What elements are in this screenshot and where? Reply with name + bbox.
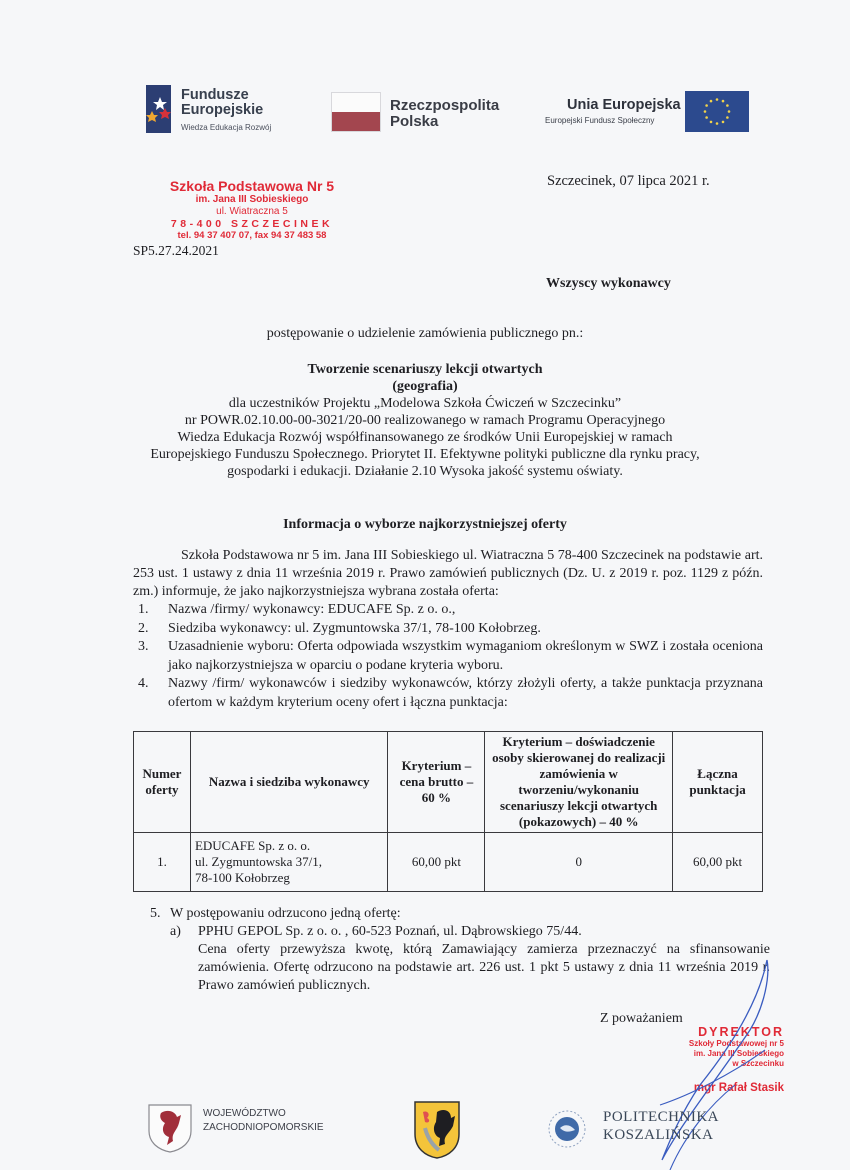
szczecinek-coat-of-arms-icon — [413, 1100, 461, 1160]
wojewodztwo-label: WOJEWÓDZTWO ZACHODNIOPOMORSKIE — [203, 1107, 324, 1135]
experience-score: 0 — [485, 833, 673, 892]
school-stamp: Szkoła Podstawowa Nr 5 im. Jana III Sobi… — [152, 178, 352, 242]
unia-europejska-title: Unia Europejska — [567, 97, 681, 113]
section-title: Informacja o wyborze najkorzystniejszej … — [0, 516, 850, 533]
polish-flag-icon — [331, 92, 381, 132]
header-experience-criterion: Kryterium – doświadczenie osoby skierowa… — [485, 732, 673, 833]
selection-list: 1.Nazwa /firmy/ wykonawcy: EDUCAFE Sp. z… — [133, 601, 763, 712]
list-item: 1.Nazwa /firmy/ wykonawcy: EDUCAFE Sp. z… — [133, 601, 763, 620]
total-score: 60,00 pkt — [673, 833, 763, 892]
project-description: dla uczestników Projektu „Modelowa Szkoł… — [0, 395, 850, 480]
offer-number: 1. — [134, 833, 191, 892]
recipients: Wszyscy wykonawcy — [546, 276, 671, 292]
header-contractor: Nazwa i siedziba wykonawcy — [190, 732, 388, 833]
intro-line: postępowanie o udzielenie zamówienia pub… — [0, 325, 850, 342]
header-price-criterion: Kryterium – cena brutto – 60 % — [388, 732, 485, 833]
price-score: 60,00 pkt — [388, 833, 485, 892]
politechnika-koszalinska-logo-icon — [548, 1110, 586, 1148]
header-offer-number: Numer oferty — [134, 732, 191, 833]
unia-europejska-subtitle: Europejski Fundusz Społeczny — [545, 116, 654, 125]
document-reference: SP5.27.24.2021 — [133, 243, 219, 259]
zachodniopomorskie-coat-of-arms-icon — [147, 1103, 193, 1153]
subject-title: Tworzenie scenariuszy lekcji otwartych (… — [0, 361, 850, 395]
document-date: Szczecinek, 07 lipca 2021 r. — [547, 173, 710, 190]
fundusze-europejskie-subtitle: Wiedza Edukacja Rozwój — [181, 123, 271, 132]
list-item: 2.Siedziba wykonawcy: ul. Zygmuntowska 3… — [133, 620, 763, 639]
header-total: Łączna punktacja — [673, 732, 763, 833]
rzeczpospolita-polska-label: Rzeczpospolita Polska — [390, 98, 499, 130]
fundusze-europejskie-title: Fundusze Europejskie — [181, 88, 263, 118]
table-row: 1. EDUCAFE Sp. z o. o. ul. Zygmuntowska … — [134, 833, 763, 892]
list-item: 3.Uzasadnienie wyboru: Oferta odpowiada … — [133, 638, 763, 675]
offers-table: Numer oferty Nazwa i siedziba wykonawcy … — [133, 731, 763, 892]
intro-paragraph: Szkoła Podstawowa nr 5 im. Jana III Sobi… — [133, 547, 763, 601]
contractor-name: EDUCAFE Sp. z o. o. ul. Zygmuntowska 37/… — [190, 833, 388, 892]
list-item: 4.Nazwy /firm/ wykonawców i siedziby wyk… — [133, 675, 763, 712]
eu-flag-icon — [685, 91, 749, 132]
fundusze-europejskie-logo-mark — [146, 85, 171, 133]
politechnika-koszalinska-label: POLITECHNIKA KOSZALIŃSKA — [603, 1108, 719, 1144]
